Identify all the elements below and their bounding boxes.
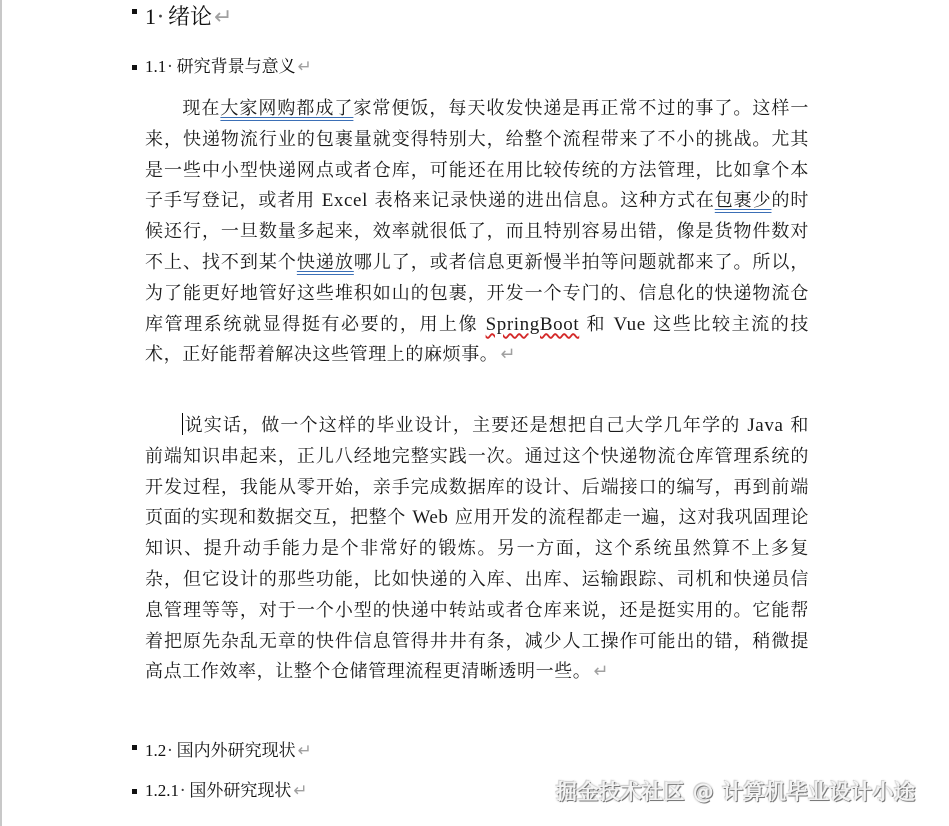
grammar-flagged-text[interactable]: 大家网购都成了 bbox=[220, 98, 353, 119]
heading-title: 国外研究现状 bbox=[189, 776, 291, 801]
grammar-flagged-text[interactable]: 包裹少 bbox=[715, 190, 772, 211]
space-marker: · bbox=[167, 741, 172, 761]
outline-bullet-icon bbox=[132, 9, 137, 14]
watermark: 掘金技术社区 @ 计算机毕业设计小途 bbox=[556, 776, 916, 806]
text-run-latin: Excel bbox=[322, 190, 368, 211]
paragraph-mark-icon: ↵ bbox=[293, 781, 307, 801]
paragraph-mark-icon: ↵ bbox=[593, 661, 609, 682]
text-run: 现在 bbox=[182, 98, 220, 119]
heading-1-1-background[interactable]: 1.1 · 研究背景与意义 ↵ bbox=[132, 52, 312, 77]
text-run: 和 bbox=[587, 314, 607, 335]
body-paragraph-1[interactable]: 现在大家网购都成了家常便饭，每天收发快递是再正常不过的事了。这样一来，快递物流行… bbox=[145, 94, 809, 371]
text-run: 应用开发的流程都走一遍，这对我巩固理论知识、提升动手能力是个非常好的锻炼。另一方… bbox=[145, 507, 809, 682]
heading-number: 1.2 bbox=[145, 741, 166, 761]
heading-1-2-1-foreign-research[interactable]: 1.2.1 · 国外研究现状 ↵ bbox=[132, 776, 308, 801]
grammar-flagged-text[interactable]: 快递放 bbox=[297, 252, 354, 273]
space-marker: · bbox=[167, 57, 172, 77]
paragraph-mark-icon: ↵ bbox=[298, 741, 312, 761]
text-run-latin: Java bbox=[747, 415, 783, 436]
spelling-flagged-text[interactable]: SpringBoot bbox=[486, 314, 580, 335]
body-paragraph-2[interactable]: 说实话，做一个这样的毕业设计，主要还是想把自己大学几年学的 Java 和前端知识… bbox=[145, 411, 809, 688]
heading-1-2-research-status[interactable]: 1.2 · 国内外研究现状 ↵ bbox=[132, 736, 312, 761]
paragraph-mark-icon: ↵ bbox=[500, 344, 516, 365]
heading-number: 1.2.1 bbox=[145, 781, 179, 801]
heading-title: 研究背景与意义 bbox=[177, 52, 296, 77]
outline-bullet-icon bbox=[132, 789, 137, 794]
outline-bullet-icon bbox=[132, 65, 137, 70]
text-run-latin: Web bbox=[412, 507, 448, 528]
paragraph-mark-icon: ↵ bbox=[214, 5, 232, 30]
heading-title: 绪论 bbox=[168, 0, 212, 31]
outline-bullet-icon bbox=[132, 745, 137, 750]
text-run: 说实话，做一个这样的毕业设计，主要还是想把自己大学几年学的 bbox=[184, 415, 740, 436]
heading-number: 1 bbox=[145, 4, 156, 30]
heading-1-introduction[interactable]: 1 · 绪论 ↵ bbox=[132, 0, 232, 31]
space-marker: · bbox=[180, 781, 185, 801]
page-left-edge bbox=[0, 0, 2, 826]
text-run-latin: Vue bbox=[613, 314, 645, 335]
text-run: 表格来记录快递的进出信息。这种方式在 bbox=[375, 190, 715, 211]
space-marker: · bbox=[157, 5, 164, 30]
heading-title: 国内外研究现状 bbox=[177, 736, 296, 761]
paragraph-mark-icon: ↵ bbox=[298, 57, 312, 77]
heading-number: 1.1 bbox=[145, 57, 166, 77]
text-cursor bbox=[182, 413, 183, 435]
